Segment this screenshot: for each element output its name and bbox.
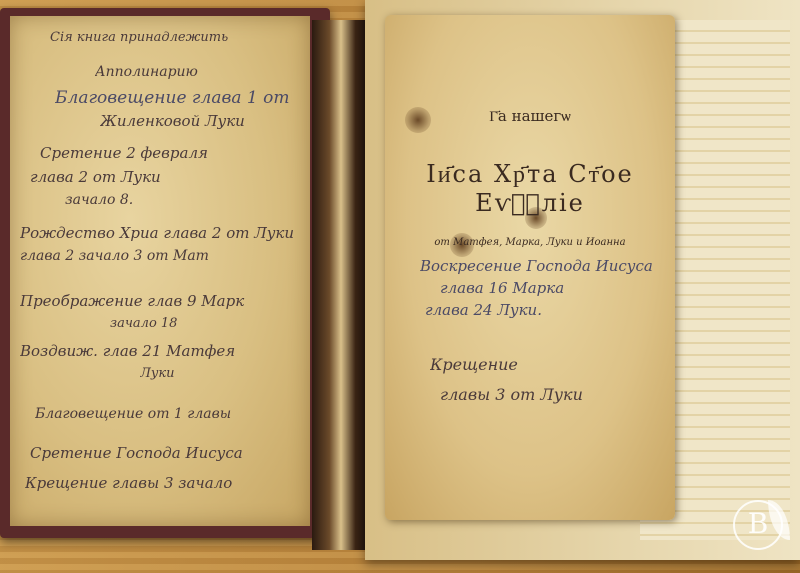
handwritten-note: глава 24 Луки. [425, 301, 665, 319]
handwritten-line: глава 2 от Луки [30, 168, 330, 186]
handwritten-note: глава 16 Марка [440, 279, 680, 297]
handwritten-line: Сія книга принадлежить [50, 30, 350, 45]
handwritten-line: Сретение 2 февраля [40, 144, 340, 162]
title-page: Г҃а нашегѡ Іи҃са Хр҃та Ст҃ое Еѵⷢ҇ліе от … [385, 15, 675, 520]
handwritten-line: Рождество Хриа глава 2 от Луки [20, 224, 320, 242]
handwritten-line: Воздвиж. глав 21 Матфея [20, 342, 320, 360]
handwritten-note: Воскресение Господа Иисуса [420, 257, 680, 275]
handwritten-note: Крещение [430, 355, 670, 374]
book-subtitle: от Матфея, Марка, Луки и Иоанна [385, 237, 675, 248]
handwritten-line: глава 2 зачало 3 от Мат [20, 248, 320, 264]
title-header: Г҃а нашегѡ [385, 107, 675, 126]
inside-cover-page: Сія книга принадлежить Апполинарию Благо… [10, 16, 310, 526]
handwritten-line: Крещение главы 3 зачало [25, 474, 325, 492]
book-spine [312, 20, 370, 550]
handwritten-line: Сретение Господа Иисуса [30, 444, 330, 462]
book-title: Іи҃са Хр҃та Ст҃ое Еѵⷢ҇ліе [385, 160, 675, 217]
handwritten-line: Благовещение от 1 главы [35, 406, 335, 422]
handwritten-line: Благовещение глава 1 от [55, 88, 355, 108]
handwritten-line: Преображение глав 9 Марк [20, 292, 320, 310]
handwritten-note: главы 3 от Луки [440, 385, 680, 404]
